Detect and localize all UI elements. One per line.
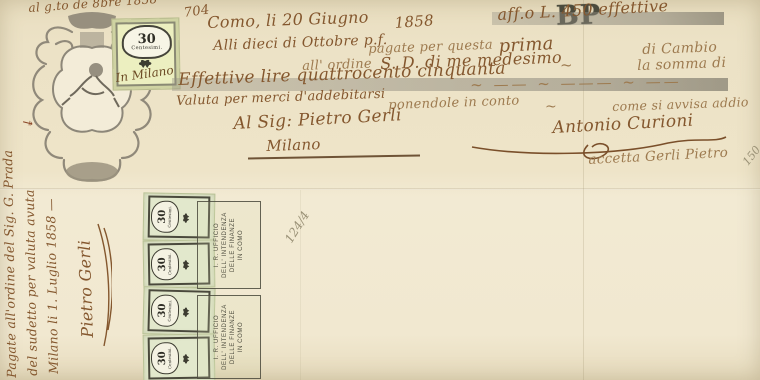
year: 1858 <box>394 11 435 32</box>
office-stamp-line: DELLE FINANZE <box>230 218 236 272</box>
office-stamp-line: DELL' INTENDENZA <box>222 212 228 278</box>
stamp-unit: Centesimi. <box>168 347 172 369</box>
payee-city: Milano <box>266 135 321 155</box>
office-stamp-line: I. R. UFFICIO <box>214 223 220 267</box>
office-stamp-line: DELLE FINANZE <box>230 310 236 364</box>
pencil-fraction-note: 124/4 <box>282 209 312 246</box>
double-eagle-icon <box>182 259 192 271</box>
double-eagle-icon <box>182 212 192 224</box>
bill-of-exchange-document: ↠ 30 Centesimi. In Milano al g.to de 8br… <box>0 0 760 380</box>
conto-clause: ponendole in conto <box>388 93 520 113</box>
office-stamp-line: IN COMO <box>238 230 244 261</box>
stamp-unit: Centesimi. <box>131 46 162 52</box>
endorsement-line-3: Milano li 1. Luglio 1858 — <box>43 198 61 374</box>
stamp-unit: Centesimi. <box>168 253 172 275</box>
amount-flourish: ~ —— ~ ——— ~ —— <box>470 72 682 94</box>
endorsement-line-2: del sudetto per valuta avuta <box>22 189 40 376</box>
stamp-shield: 30 Centesimi. <box>121 25 172 60</box>
pencil-number: 150 <box>740 143 760 168</box>
revenue-stamp-30c-top: 30 Centesimi. In Milano <box>111 17 180 90</box>
stamp-unit: Centesimi. <box>168 206 172 228</box>
endorsement-line-1: Pagate all'ordine del Sig. G. Prada <box>0 150 19 378</box>
office-stamp-2: I. R. UFFICIO DELL' INTENDENZA DELLE FIN… <box>197 295 259 377</box>
horizontal-fold-crease <box>0 188 760 190</box>
due-date-line: Alli dieci di Ottobre p.f. <box>213 32 388 54</box>
payee-line: Al Sig: Pietro Gerli <box>233 105 402 134</box>
vertical-fold-crease <box>583 0 584 380</box>
office-stamp-line: DELL' INTENDENZA <box>222 304 228 370</box>
stamp-cancellation-writing: In Milano <box>115 63 175 85</box>
tilde-flourish-2: ~ <box>545 99 557 115</box>
office-stamp-1: I. R. UFFICIO DELL' INTENDENZA DELLE FIN… <box>197 201 259 287</box>
payee-underline <box>248 154 420 159</box>
double-eagle-icon <box>182 353 192 365</box>
office-stamp-line: IN COMO <box>238 322 244 353</box>
double-eagle-icon <box>182 306 192 318</box>
endorsement-flourish <box>94 220 112 350</box>
place-date: Como, li 20 Giugno <box>207 7 369 32</box>
endorsement-block: Pagate all'ordine del Sig. G. Prada del … <box>4 192 116 378</box>
sum-of: la somma di <box>637 55 726 74</box>
stamp-unit: Centesimi. <box>168 300 173 322</box>
office-stamp-line: I. R. UFFICIO <box>214 315 220 359</box>
tilde-flourish-1: ~ <box>560 56 573 74</box>
